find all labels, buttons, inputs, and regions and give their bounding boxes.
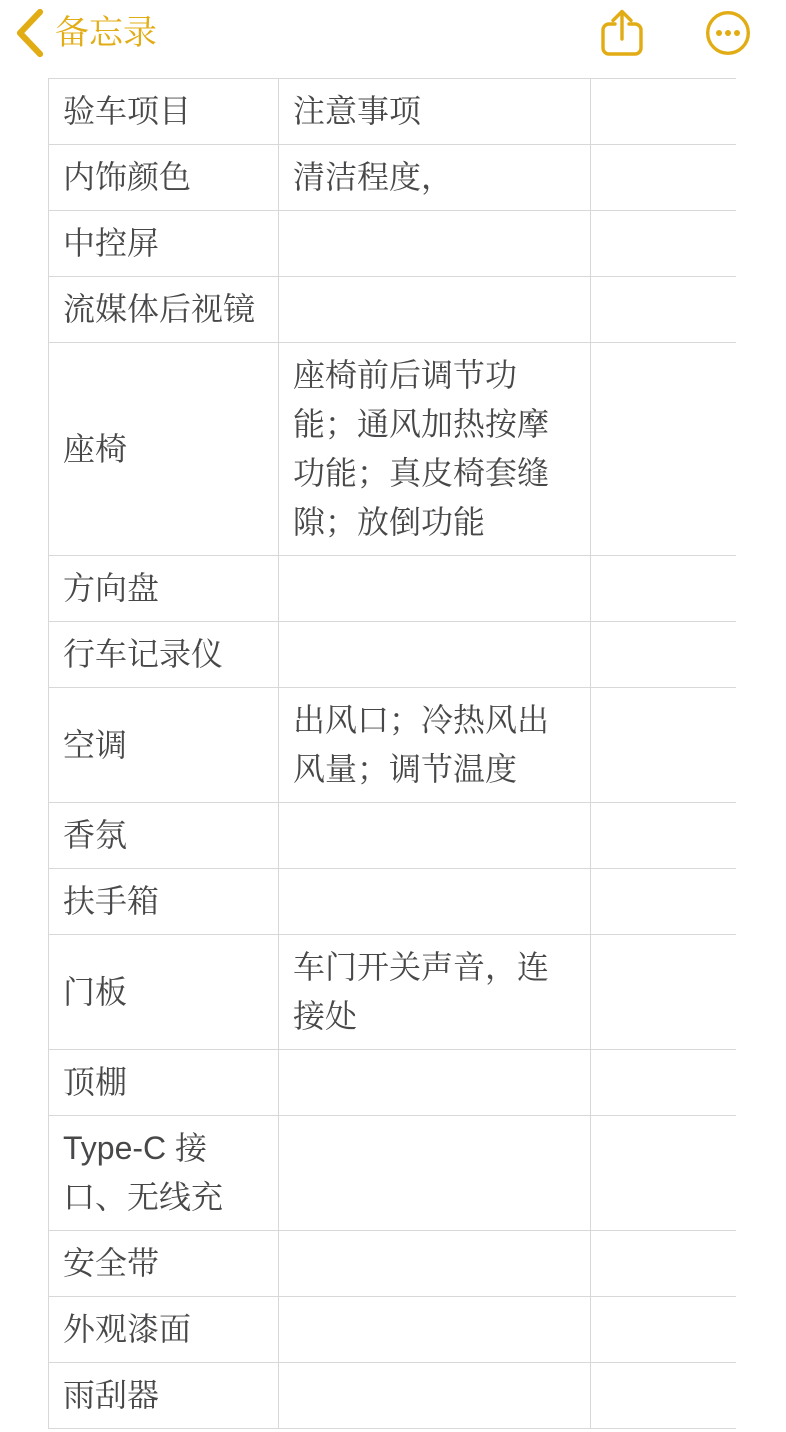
extra-cell[interactable] (591, 556, 736, 622)
table-row: 方向盘 (49, 556, 736, 622)
back-label: 备忘录 (55, 9, 157, 57)
table-row: 门板车门开关声音，连接处 (49, 935, 736, 1050)
table-row: 安全带 (49, 1231, 736, 1297)
item-cell[interactable]: 内饰颜色 (49, 145, 279, 211)
inspection-table: 验车项目注意事项内饰颜色清洁程度，中控屏流媒体后视镜座椅座椅前后调节功能；通风加… (48, 78, 736, 1429)
item-cell[interactable]: 门板 (49, 935, 279, 1050)
item-cell[interactable]: 验车项目 (49, 79, 279, 145)
chevron-left-icon (14, 8, 44, 58)
extra-cell[interactable] (591, 1050, 736, 1116)
extra-cell[interactable] (591, 622, 736, 688)
note-cell[interactable] (279, 803, 591, 869)
table-row: 流媒体后视镜 (49, 277, 736, 343)
note-cell[interactable] (279, 1297, 591, 1363)
extra-cell[interactable] (591, 79, 736, 145)
note-cell[interactable]: 座椅前后调节功能；通风加热按摩功能；真皮椅套缝隙；放倒功能 (279, 343, 591, 556)
extra-cell[interactable] (591, 1297, 736, 1363)
more-button[interactable] (705, 10, 751, 56)
back-button[interactable]: 备忘录 (14, 8, 157, 58)
note-cell[interactable] (279, 622, 591, 688)
note-content: 验车项目注意事项内饰颜色清洁程度，中控屏流媒体后视镜座椅座椅前后调节功能；通风加… (0, 78, 786, 1429)
item-cell[interactable]: 雨刮器 (49, 1363, 279, 1429)
extra-cell[interactable] (591, 277, 736, 343)
table-row: 空调出风口；冷热风出风量；调节温度 (49, 688, 736, 803)
item-cell[interactable]: 安全带 (49, 1231, 279, 1297)
item-cell[interactable]: 座椅 (49, 343, 279, 556)
share-button[interactable] (599, 8, 645, 58)
item-cell[interactable]: 香氛 (49, 803, 279, 869)
notes-app-screen: 备忘录 (0, 0, 786, 1432)
table-row: Type-C 接口、无线充 (49, 1116, 736, 1231)
item-cell[interactable]: 顶棚 (49, 1050, 279, 1116)
note-cell[interactable] (279, 1363, 591, 1429)
note-cell[interactable] (279, 277, 591, 343)
ellipsis-circle-icon (705, 10, 751, 56)
nav-actions (599, 8, 751, 58)
item-cell[interactable]: 流媒体后视镜 (49, 277, 279, 343)
extra-cell[interactable] (591, 1116, 736, 1231)
item-cell[interactable]: 空调 (49, 688, 279, 803)
note-cell[interactable]: 清洁程度， (279, 145, 591, 211)
note-cell[interactable] (279, 556, 591, 622)
item-cell[interactable]: 中控屏 (49, 211, 279, 277)
item-cell[interactable]: Type-C 接口、无线充 (49, 1116, 279, 1231)
extra-cell[interactable] (591, 145, 736, 211)
extra-cell[interactable] (591, 803, 736, 869)
table-row: 香氛 (49, 803, 736, 869)
note-cell[interactable] (279, 1116, 591, 1231)
extra-cell[interactable] (591, 688, 736, 803)
note-cell[interactable]: 注意事项 (279, 79, 591, 145)
inspection-table-body: 验车项目注意事项内饰颜色清洁程度，中控屏流媒体后视镜座椅座椅前后调节功能；通风加… (49, 79, 736, 1429)
note-cell[interactable]: 车门开关声音，连接处 (279, 935, 591, 1050)
note-cell[interactable] (279, 1050, 591, 1116)
table-row: 内饰颜色清洁程度， (49, 145, 736, 211)
note-cell[interactable]: 出风口；冷热风出风量；调节温度 (279, 688, 591, 803)
item-cell[interactable]: 方向盘 (49, 556, 279, 622)
nav-bar: 备忘录 (0, 0, 786, 78)
table-row: 雨刮器 (49, 1363, 736, 1429)
note-cell[interactable] (279, 869, 591, 935)
extra-cell[interactable] (591, 869, 736, 935)
extra-cell[interactable] (591, 211, 736, 277)
extra-cell[interactable] (591, 343, 736, 556)
share-icon (599, 8, 645, 58)
extra-cell[interactable] (591, 1363, 736, 1429)
table-row: 外观漆面 (49, 1297, 736, 1363)
item-cell[interactable]: 扶手箱 (49, 869, 279, 935)
extra-cell[interactable] (591, 935, 736, 1050)
table-row: 顶棚 (49, 1050, 736, 1116)
note-cell[interactable] (279, 1231, 591, 1297)
table-row: 座椅座椅前后调节功能；通风加热按摩功能；真皮椅套缝隙；放倒功能 (49, 343, 736, 556)
table-row: 中控屏 (49, 211, 736, 277)
extra-cell[interactable] (591, 1231, 736, 1297)
note-cell[interactable] (279, 211, 591, 277)
item-cell[interactable]: 行车记录仪 (49, 622, 279, 688)
table-header-row: 验车项目注意事项 (49, 79, 736, 145)
item-cell[interactable]: 外观漆面 (49, 1297, 279, 1363)
table-row: 行车记录仪 (49, 622, 736, 688)
table-row: 扶手箱 (49, 869, 736, 935)
